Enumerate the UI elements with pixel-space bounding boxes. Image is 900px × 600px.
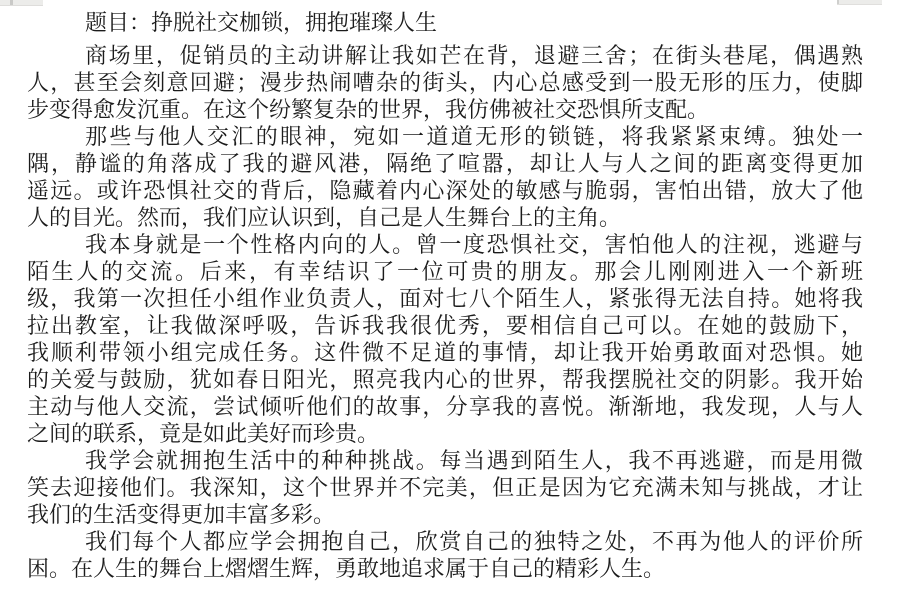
paragraph-2-line: 人的目光。然而，我们应认识到，自己是人生舞台上的主角。	[27, 204, 863, 231]
document-page: 题目：挣脱社交枷锁，拥抱璀璨人生 商场里，促销员的主动讲解让我如芒在背，退避三舍…	[0, 0, 900, 600]
paragraph-2-line: 那些与他人交汇的眼神，宛如一道道无形的锁链，将我紧紧束缚。独处一	[27, 123, 863, 150]
cropped-ui-fragment-right	[837, 0, 882, 5]
paragraph-3-line: 的关爱与鼓励，犹如春日阳光，照亮我内心的世界，帮我摆脱社交的阴影。我开始	[27, 366, 863, 393]
paragraph-3-line: 我顺利带领小组完成任务。这件微不足道的事情，却让我开始勇敢面对恐惧。她	[27, 339, 863, 366]
paragraph-4-line: 我们的生活变得更加丰富多彩。	[27, 501, 863, 528]
paragraph-3-line: 陌生人的交流。后来，有幸结识了一位可贵的朋友。那会儿刚刚进入一个新班	[27, 258, 863, 285]
paragraph-3-line: 拉出教室，让我做深呼吸，告诉我我很优秀，要相信自己可以。在她的鼓励下，	[27, 312, 863, 339]
essay-title: 题目：挣脱社交枷锁，拥抱璀璨人生	[27, 9, 863, 36]
paragraph-3-line: 级，我第一次担任小组作业负责人，面对七八个陌生人，紧张得无法自持。她将我	[27, 285, 863, 312]
essay-body: 题目：挣脱社交枷锁，拥抱璀璨人生 商场里，促销员的主动讲解让我如芒在背，退避三舍…	[27, 9, 863, 582]
paragraph-3-line: 我本身就是一个性格内向的人。曾一度恐惧社交，害怕他人的注视，逃避与	[27, 231, 863, 258]
paragraph-3-line: 之间的联系，竟是如此美好而珍贵。	[27, 420, 863, 447]
paragraph-5-line: 我们每个人都应学会拥抱自己，欣赏自己的独特之处，不再为他人的评价所	[27, 528, 863, 555]
paragraph-3-line: 主动与他人交流，尝试倾听他们的故事，分享我的喜悦。渐渐地，我发现，人与人	[27, 393, 863, 420]
paragraph-4-line: 笑去迎接他们。我深知，这个世界并不完美，但正是因为它充满未知与挑战，才让	[27, 474, 863, 501]
paragraph-2-line: 隅，静谧的角落成了我的避风港，隔绝了喧嚣，却让人与人之间的距离变得更加	[27, 150, 863, 177]
paragraph-1-line: 商场里，促销员的主动讲解让我如芒在背，退避三舍；在街头巷尾，偶遇熟	[27, 42, 863, 69]
cropped-ui-fragment-left	[0, 0, 43, 6]
paragraph-4-line: 我学会就拥抱生活中的种种挑战。每当遇到陌生人，我不再逃避，而是用微	[27, 447, 863, 474]
paragraph-1-line: 步变得愈发沉重。在这个纷繁复杂的世界，我仿佛被社交恐惧所支配。	[27, 96, 863, 123]
paragraph-1-line: 人，甚至会刻意回避；漫步热闹嘈杂的街头，内心总感受到一股无形的压力，使脚	[27, 69, 863, 96]
paragraph-5-line: 困。在人生的舞台上熠熠生辉，勇敢地追求属于自己的精彩人生。	[27, 555, 863, 582]
paragraph-2-line: 遥远。或许恐惧社交的背后，隐藏着内心深处的敏感与脆弱，害怕出错，放大了他	[27, 177, 863, 204]
